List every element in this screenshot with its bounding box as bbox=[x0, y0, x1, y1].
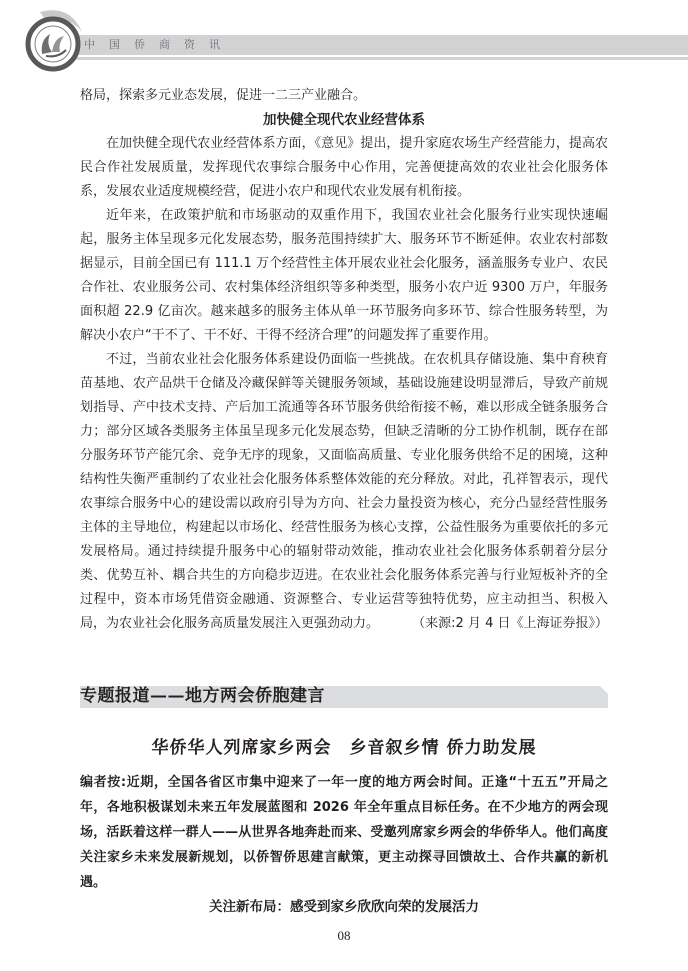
logo-icon bbox=[20, 6, 86, 72]
page-number: 08 bbox=[0, 928, 688, 944]
article-subheading: 加快健全现代农业经营体系 bbox=[80, 108, 608, 132]
article-title: 华侨华人列席家乡两会 乡音叙乡情 侨力助发展 bbox=[80, 733, 608, 758]
article-body: 格局，探索多元业态发展，促进一二三产业融合。 加快健全现代农业经营体系 在加快健… bbox=[80, 84, 608, 636]
paragraph-text: 不过，当前农业社会化服务体系建设仍面临一些挑战。在农机具存储设施、集中育秧育苗基… bbox=[80, 352, 608, 631]
article-subheading: 关注新布局：感受到家乡欣欣向荣的发展活力 bbox=[80, 895, 608, 919]
header-divider bbox=[68, 57, 688, 60]
source-citation: （来源:2 月 4 日《上海证券报》） bbox=[386, 612, 608, 636]
editor-note-text: 编者按:近期，全国各省区市集中迎来了一年一度的地方两会时间。正逢“十五五”开局之… bbox=[80, 770, 608, 895]
continued-paragraph: 格局，探索多元业态发展，促进一二三产业融合。 bbox=[80, 84, 608, 108]
section-title: 专题报道——地方两会侨胞建言 bbox=[80, 684, 325, 708]
editor-note: 编者按:近期，全国各省区市集中迎来了一年一度的地方两会时间。正逢“十五五”开局之… bbox=[80, 770, 608, 919]
paragraph: 在加快健全现代农业经营体系方面，《意见》提出，提升家庭农场生产经营能力，提高农民… bbox=[80, 132, 608, 204]
publication-title: 中国侨商资讯 bbox=[84, 36, 234, 54]
page-header: 中国侨商资讯 bbox=[0, 0, 688, 80]
paragraph: 近年来，在政策护航和市场驱动的双重作用下，我国农业社会化服务行业实现快速崛起，服… bbox=[80, 204, 608, 348]
paragraph: 不过，当前农业社会化服务体系建设仍面临一些挑战。在农机具存储设施、集中育秧育苗基… bbox=[80, 348, 608, 636]
